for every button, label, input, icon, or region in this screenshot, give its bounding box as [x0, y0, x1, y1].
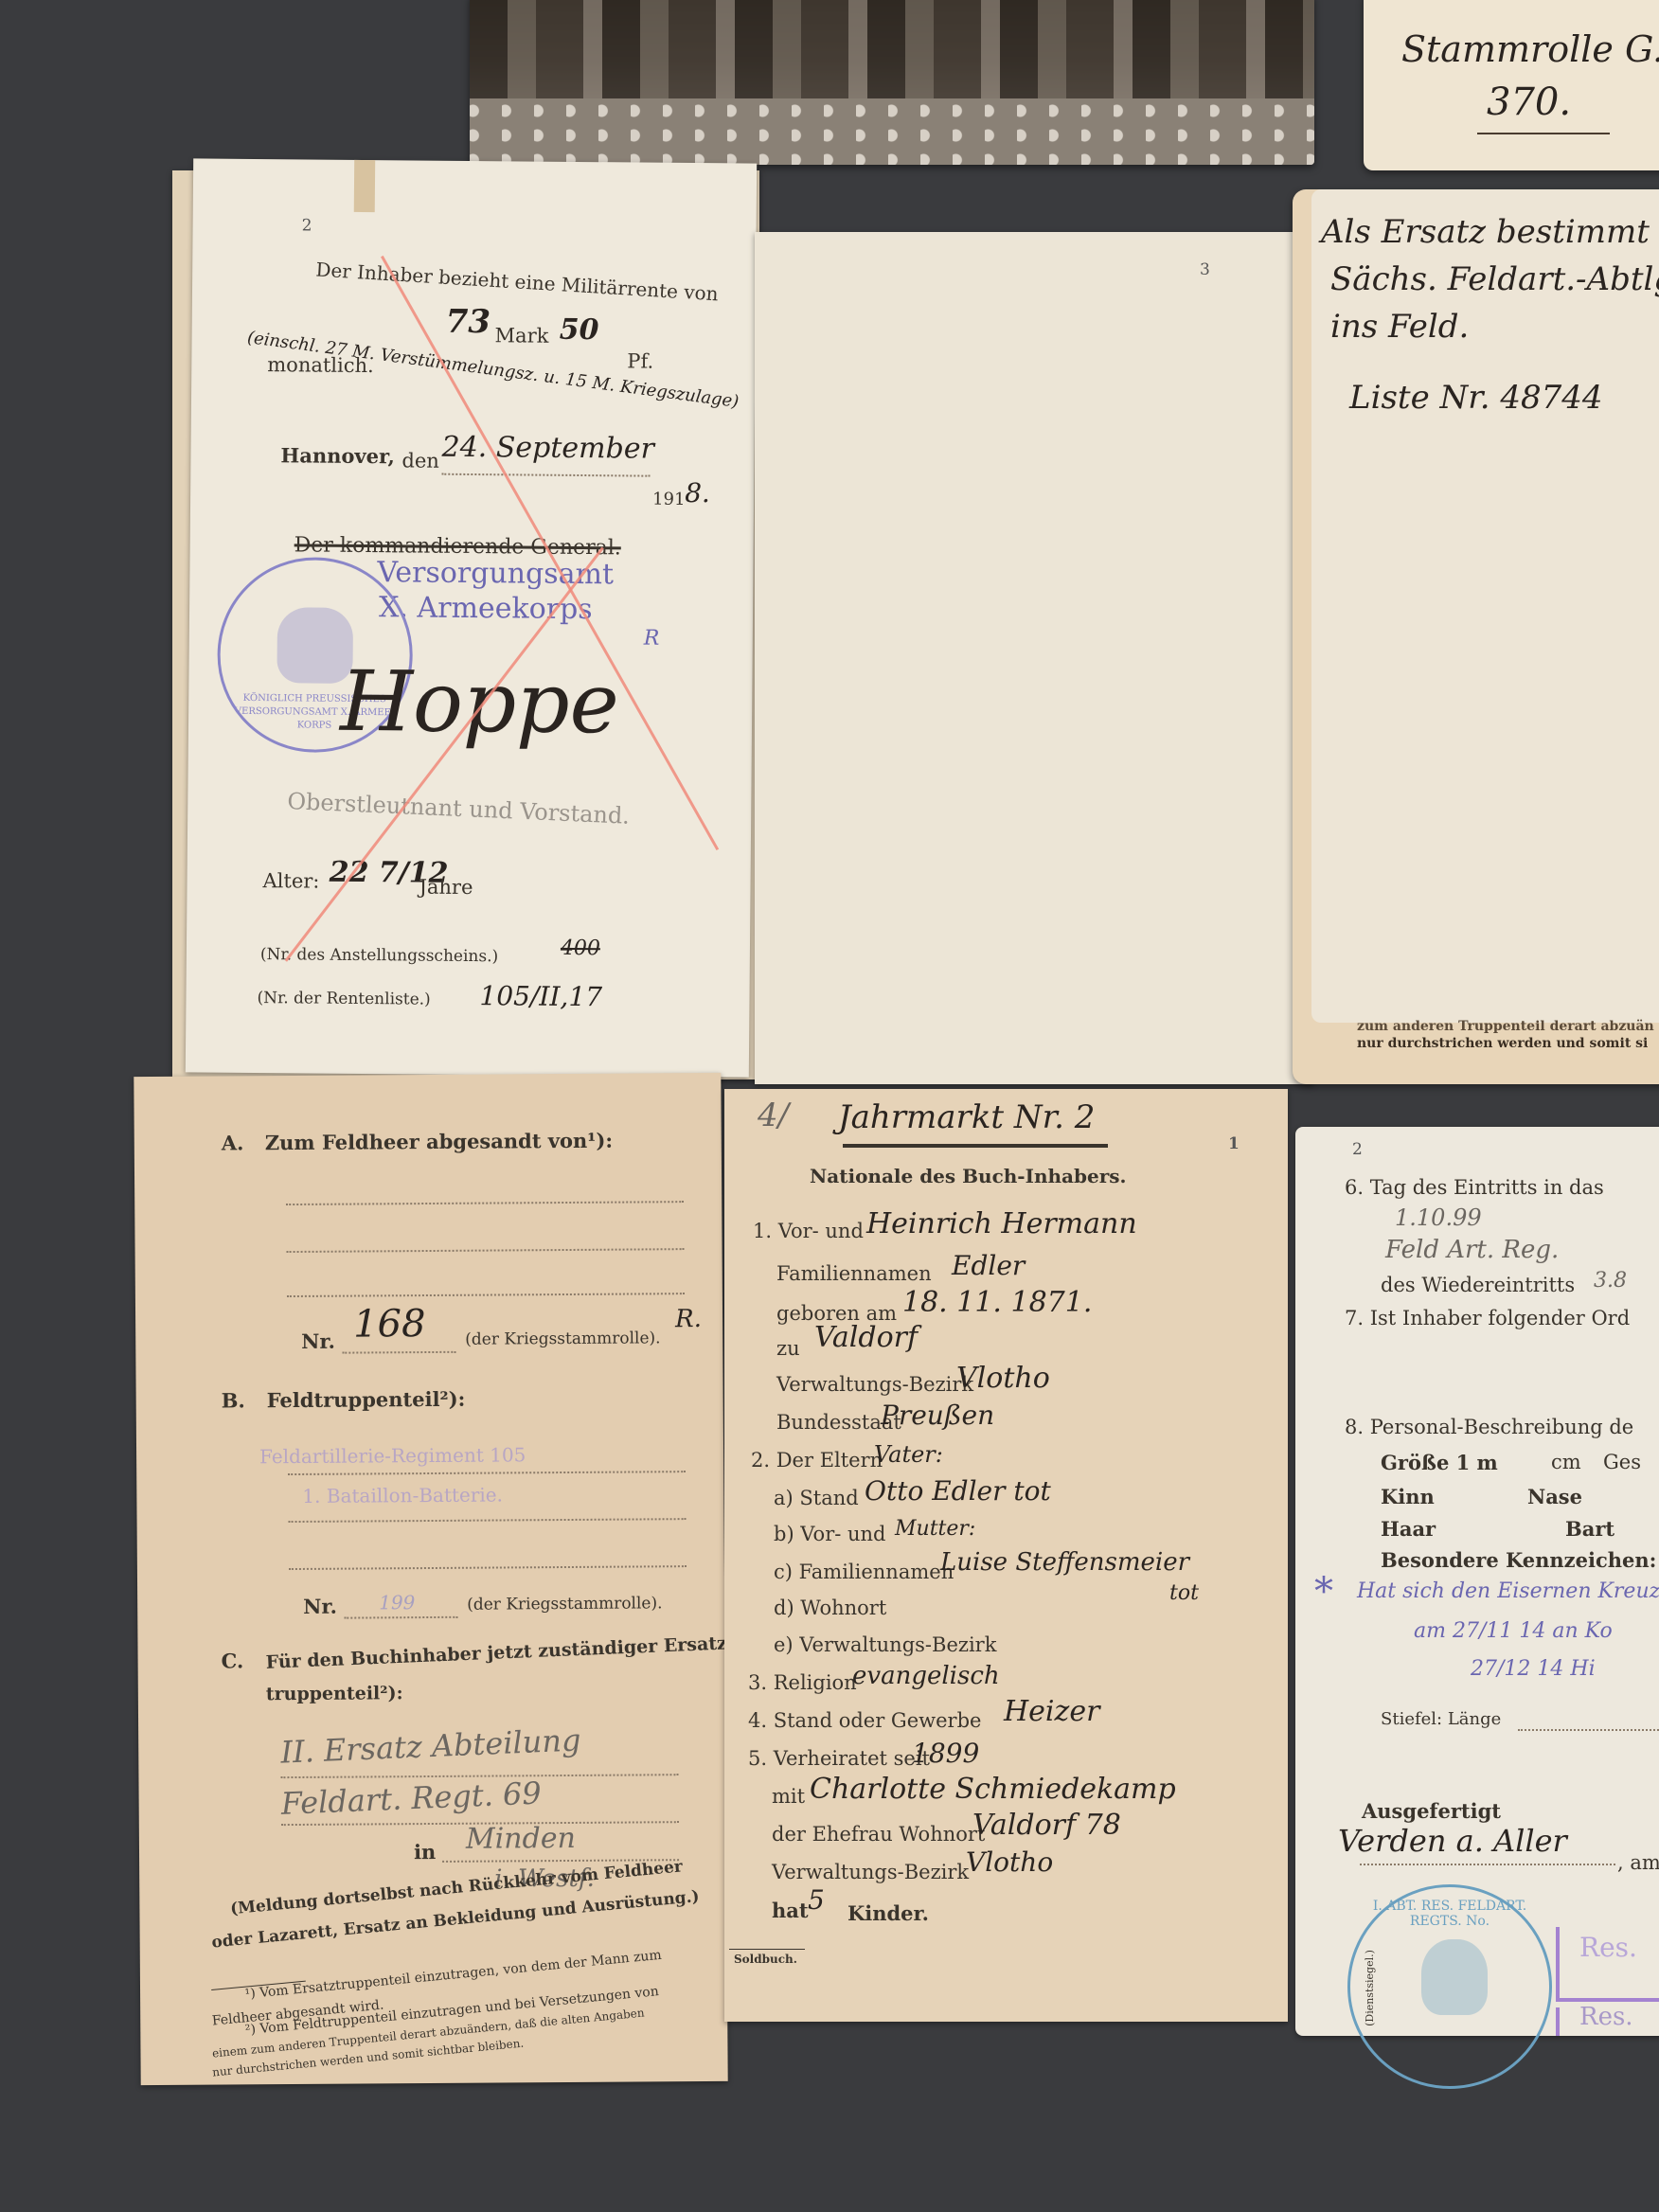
row-label: zu: [776, 1337, 800, 1360]
rente-rank-line: Oberstleutnant und Vorstand.: [287, 788, 631, 829]
row-value: evangelisch: [852, 1662, 1000, 1690]
row-label: e) Verwaltungs-Bezirk: [774, 1633, 996, 1656]
box-stamp-2: [1556, 2007, 1560, 2036]
bart-label: Bart: [1565, 1517, 1614, 1541]
row-label: der Ehefrau Wohnort: [772, 1823, 985, 1846]
feldheer-page: A. Zum Feldheer abgesandt von¹): Nr. 168…: [134, 1073, 727, 2085]
section-c-text-1: Für den Buchinhaber jetzt zuständiger Er…: [265, 1632, 735, 1673]
section-a-text: Zum Feldheer abgesandt von¹):: [265, 1129, 614, 1155]
item-6-hand-1: 1.10.99: [1395, 1204, 1482, 1231]
ersatz-hand-line-2: Sächs. Feldart.-Abtlg.: [1330, 260, 1659, 298]
nr-value: 168: [353, 1302, 426, 1347]
rente-den: den: [401, 449, 439, 472]
b-stamp-line-2: 1. Bataillon-Batterie.: [302, 1483, 503, 1507]
soldiers-group-photograph: [470, 0, 1314, 165]
groesse-label: Größe 1 m: [1381, 1451, 1498, 1474]
row-label: Familiennamen: [776, 1262, 932, 1285]
item-8: 8. Personal-Beschreibung de: [1345, 1416, 1633, 1438]
torn-notch: [354, 160, 375, 212]
row-value: 5: [808, 1884, 825, 1916]
in-label: in: [414, 1840, 436, 1864]
stamp-mark-r: R: [644, 627, 660, 651]
corner-mark: 4/: [758, 1097, 789, 1134]
row-label: Verwaltungs-Bezirk: [772, 1861, 969, 1883]
kennzeichen-hand-1: Hat sich den Eisernen Kreuz: [1357, 1579, 1659, 1603]
rente-amount-pf: 50: [560, 313, 599, 347]
asterisk-mark: *: [1314, 1570, 1333, 1614]
date-dotted-line: [441, 473, 650, 477]
alter-label: Alter:: [262, 869, 319, 893]
hand-header: Jahrmarkt Nr. 2: [838, 1098, 1095, 1136]
stamp-versorgungsamt: Versorgungsamt: [377, 556, 614, 591]
seal-text: I. ABT. RES. FELDART. REGTS. No.: [1369, 1899, 1530, 1929]
row-value: tot: [1169, 1581, 1199, 1605]
ersatz-hand-line-1: Als Ersatz bestimmt: [1321, 213, 1650, 251]
row-label: c) Familiennamen: [774, 1561, 954, 1583]
hand-header-underline: [843, 1144, 1108, 1148]
nase-label: Nase: [1527, 1485, 1582, 1508]
row-value: Otto Edler tot: [865, 1475, 1051, 1507]
rente-year-hand: 8.: [685, 477, 710, 508]
page-number: 2: [302, 216, 312, 235]
rente-date-hand: 24. September: [441, 431, 654, 466]
soldbuch-footer: Soldbuch.: [734, 1953, 797, 1966]
blank-page-3: 3: [755, 232, 1313, 1084]
row-value: 18. 11. 1871.: [902, 1286, 1092, 1319]
row-value: Edler: [952, 1250, 1025, 1281]
nr2-value: 199: [379, 1591, 415, 1614]
kriegsstammrolle-1: (der Kriegsstammrolle).: [465, 1329, 660, 1348]
c-hand-line-2: Feldart. Regt. 69: [280, 1775, 542, 1821]
rentenliste-value: 105/II,17: [479, 980, 602, 1012]
ersatz-hand-line-4: Liste Nr. 48744: [1349, 379, 1603, 417]
nr2-dotted: [344, 1616, 457, 1619]
row-value: Valdorf 78: [972, 1809, 1121, 1842]
nr2-label: Nr.: [303, 1595, 337, 1618]
row-value: Luise Steffensmeier: [940, 1548, 1189, 1577]
row-value: Heinrich Hermann: [866, 1207, 1137, 1240]
section-c-label: C.: [222, 1649, 244, 1672]
regiment-seal-stamp: I. ABT. RES. FELDART. REGTS. No. (Dienst…: [1347, 1884, 1552, 2089]
kriegsstammrolle-2: (der Kriegsstammrolle).: [467, 1594, 662, 1614]
stammrolle-handwriting: Stammrolle G.: [1401, 28, 1659, 70]
place-dotted: [1360, 1864, 1615, 1865]
row-value: Charlotte Schmiedekamp: [810, 1773, 1176, 1806]
row-value: Vater:: [874, 1441, 943, 1468]
kinder-label: Kinder.: [847, 1901, 929, 1925]
nr-label: Nr.: [301, 1329, 335, 1353]
stammrolle-underline: [1477, 133, 1610, 134]
row-label: 2. Der Eltern: [751, 1449, 883, 1472]
row-label: mit: [772, 1785, 805, 1808]
ersatz-card: Als Ersatz bestimmt Sächs. Feldart.-Abtl…: [1293, 189, 1659, 1084]
section-b-label: B.: [222, 1388, 245, 1412]
section-c-text-2: truppenteil²):: [266, 1683, 403, 1704]
nr-suffix: R.: [675, 1305, 702, 1333]
row-value: Preußen: [881, 1400, 994, 1431]
seal-side-text: (Dienstsiegel.): [1364, 1950, 1376, 2026]
stammrolle-card: Stammrolle G. 370.: [1364, 0, 1659, 170]
page-number: 3: [1200, 260, 1210, 279]
wiedereintritt-label: des Wiedereintritts: [1381, 1274, 1575, 1296]
rente-amount-mark: 73: [446, 303, 491, 341]
stammrolle-number: 370.: [1487, 80, 1571, 124]
a-line-2: [287, 1248, 685, 1253]
a-line-3: [287, 1293, 685, 1297]
kennzeichen-label: Besondere Kennzeichen:: [1381, 1548, 1656, 1572]
haar-label: Haar: [1381, 1517, 1436, 1541]
row-value: Mutter:: [895, 1517, 975, 1541]
box-stamp-text-1: Res.: [1579, 1932, 1637, 1963]
row-value: 1899: [912, 1738, 979, 1769]
ersatz-footer-1: zum anderen Truppenteil derart abzuän: [1357, 1019, 1654, 1034]
personal-page: 2 6. Tag des Eintritts in das 1.10.99 Fe…: [1295, 1127, 1659, 2036]
row-value: Heizer: [1004, 1695, 1099, 1728]
rente-booklet: 2 Der Inhaber bezieht eine Militärrente …: [172, 161, 1318, 1094]
rente-pf-label: Pf.: [627, 349, 653, 372]
stiefel-label: Stiefel: Länge: [1381, 1709, 1501, 1729]
kennzeichen-hand-3: 27/12 14 Hi: [1471, 1657, 1596, 1681]
stiefel-dotted: [1518, 1729, 1659, 1731]
c-hand-line-3: Minden: [466, 1822, 576, 1856]
a-line-1: [286, 1201, 684, 1205]
b-stamp-line-1: Feldartillerie-Regiment 105: [259, 1443, 526, 1468]
kennzeichen-hand-2: am 27/11 14 an Ko: [1414, 1619, 1613, 1643]
rente-year-printed: 191: [652, 490, 686, 509]
rentenliste-label: (Nr. der Rentenliste.): [257, 989, 430, 1009]
row-label: b) Vor- und: [774, 1523, 886, 1545]
page-number: 1: [1228, 1134, 1240, 1153]
row-label: d) Wohnort: [774, 1597, 886, 1619]
b-line-2: [289, 1518, 687, 1523]
item-6-hand-2: Feld Art. Reg.: [1385, 1236, 1559, 1264]
nr-dotted: [342, 1351, 455, 1354]
item-7: 7. Ist Inhaber folgender Ord: [1345, 1307, 1630, 1329]
wiedereintritt-hand: 3.8: [1594, 1269, 1627, 1293]
place-hand: Verden a. Aller: [1338, 1823, 1567, 1859]
photo-rocky-ground: [470, 98, 1314, 165]
ausgefertigt-label: Ausgefertigt: [1362, 1799, 1501, 1823]
jahre-label: Jahre: [419, 876, 473, 899]
cm-label: cm: [1551, 1451, 1581, 1473]
footer-rule: [729, 1949, 805, 1950]
row-label: a) Stand: [774, 1487, 859, 1509]
row-label: 1. Vor- und: [753, 1220, 864, 1242]
ersatz-footer-2: nur durchstrichen werden und somit si: [1357, 1036, 1648, 1051]
nationale-title: Nationale des Buch-Inhabers.: [810, 1165, 1126, 1187]
rente-mark-label: Mark: [494, 324, 548, 347]
row-label: 3. Religion: [748, 1671, 857, 1694]
row-value: Vlotho: [966, 1846, 1053, 1878]
section-b-text: Feldtruppenteil²):: [267, 1387, 466, 1412]
am-label: , am: [1617, 1851, 1659, 1874]
row-label: Verwaltungs-Bezirk: [776, 1373, 973, 1396]
row-value: Vlotho: [956, 1362, 1050, 1395]
rente-page: 2 Der Inhaber bezieht eine Militärrente …: [186, 158, 757, 1077]
item-6: 6. Tag des Eintritts in das: [1345, 1176, 1604, 1199]
anstellung-value: 400: [561, 937, 600, 960]
nationale-page: 4/ Jahrmarkt Nr. 2 1 Nationale des Buch-…: [724, 1089, 1288, 2022]
page-number: 2: [1352, 1140, 1363, 1159]
row-label: 4. Stand oder Gewerbe: [748, 1709, 981, 1732]
b-line-3: [289, 1565, 687, 1570]
row-label: 5. Verheiratet seit: [748, 1747, 930, 1770]
officer-signature: Hoppe: [340, 652, 619, 753]
stamp-armeekorps: X. Armeekorps: [379, 591, 593, 626]
rente-line-1: Der Inhaber bezieht eine Militärrente vo…: [315, 258, 720, 305]
row-label: hat: [772, 1899, 809, 1922]
rente-place: Hannover,: [280, 443, 395, 468]
ges-label: Ges: [1603, 1451, 1641, 1473]
box-stamp-text-2: Res.: [1579, 2003, 1633, 2031]
c-hand-line-1: II. Ersatz Abteilung: [280, 1721, 582, 1770]
row-value: Valdorf: [814, 1321, 918, 1354]
section-a-label: A.: [222, 1131, 244, 1154]
kinn-label: Kinn: [1381, 1485, 1435, 1508]
b-line-1: [288, 1471, 686, 1475]
seal-eagle-icon: [1421, 1939, 1488, 2015]
ersatz-hand-line-3: ins Feld.: [1330, 308, 1469, 346]
